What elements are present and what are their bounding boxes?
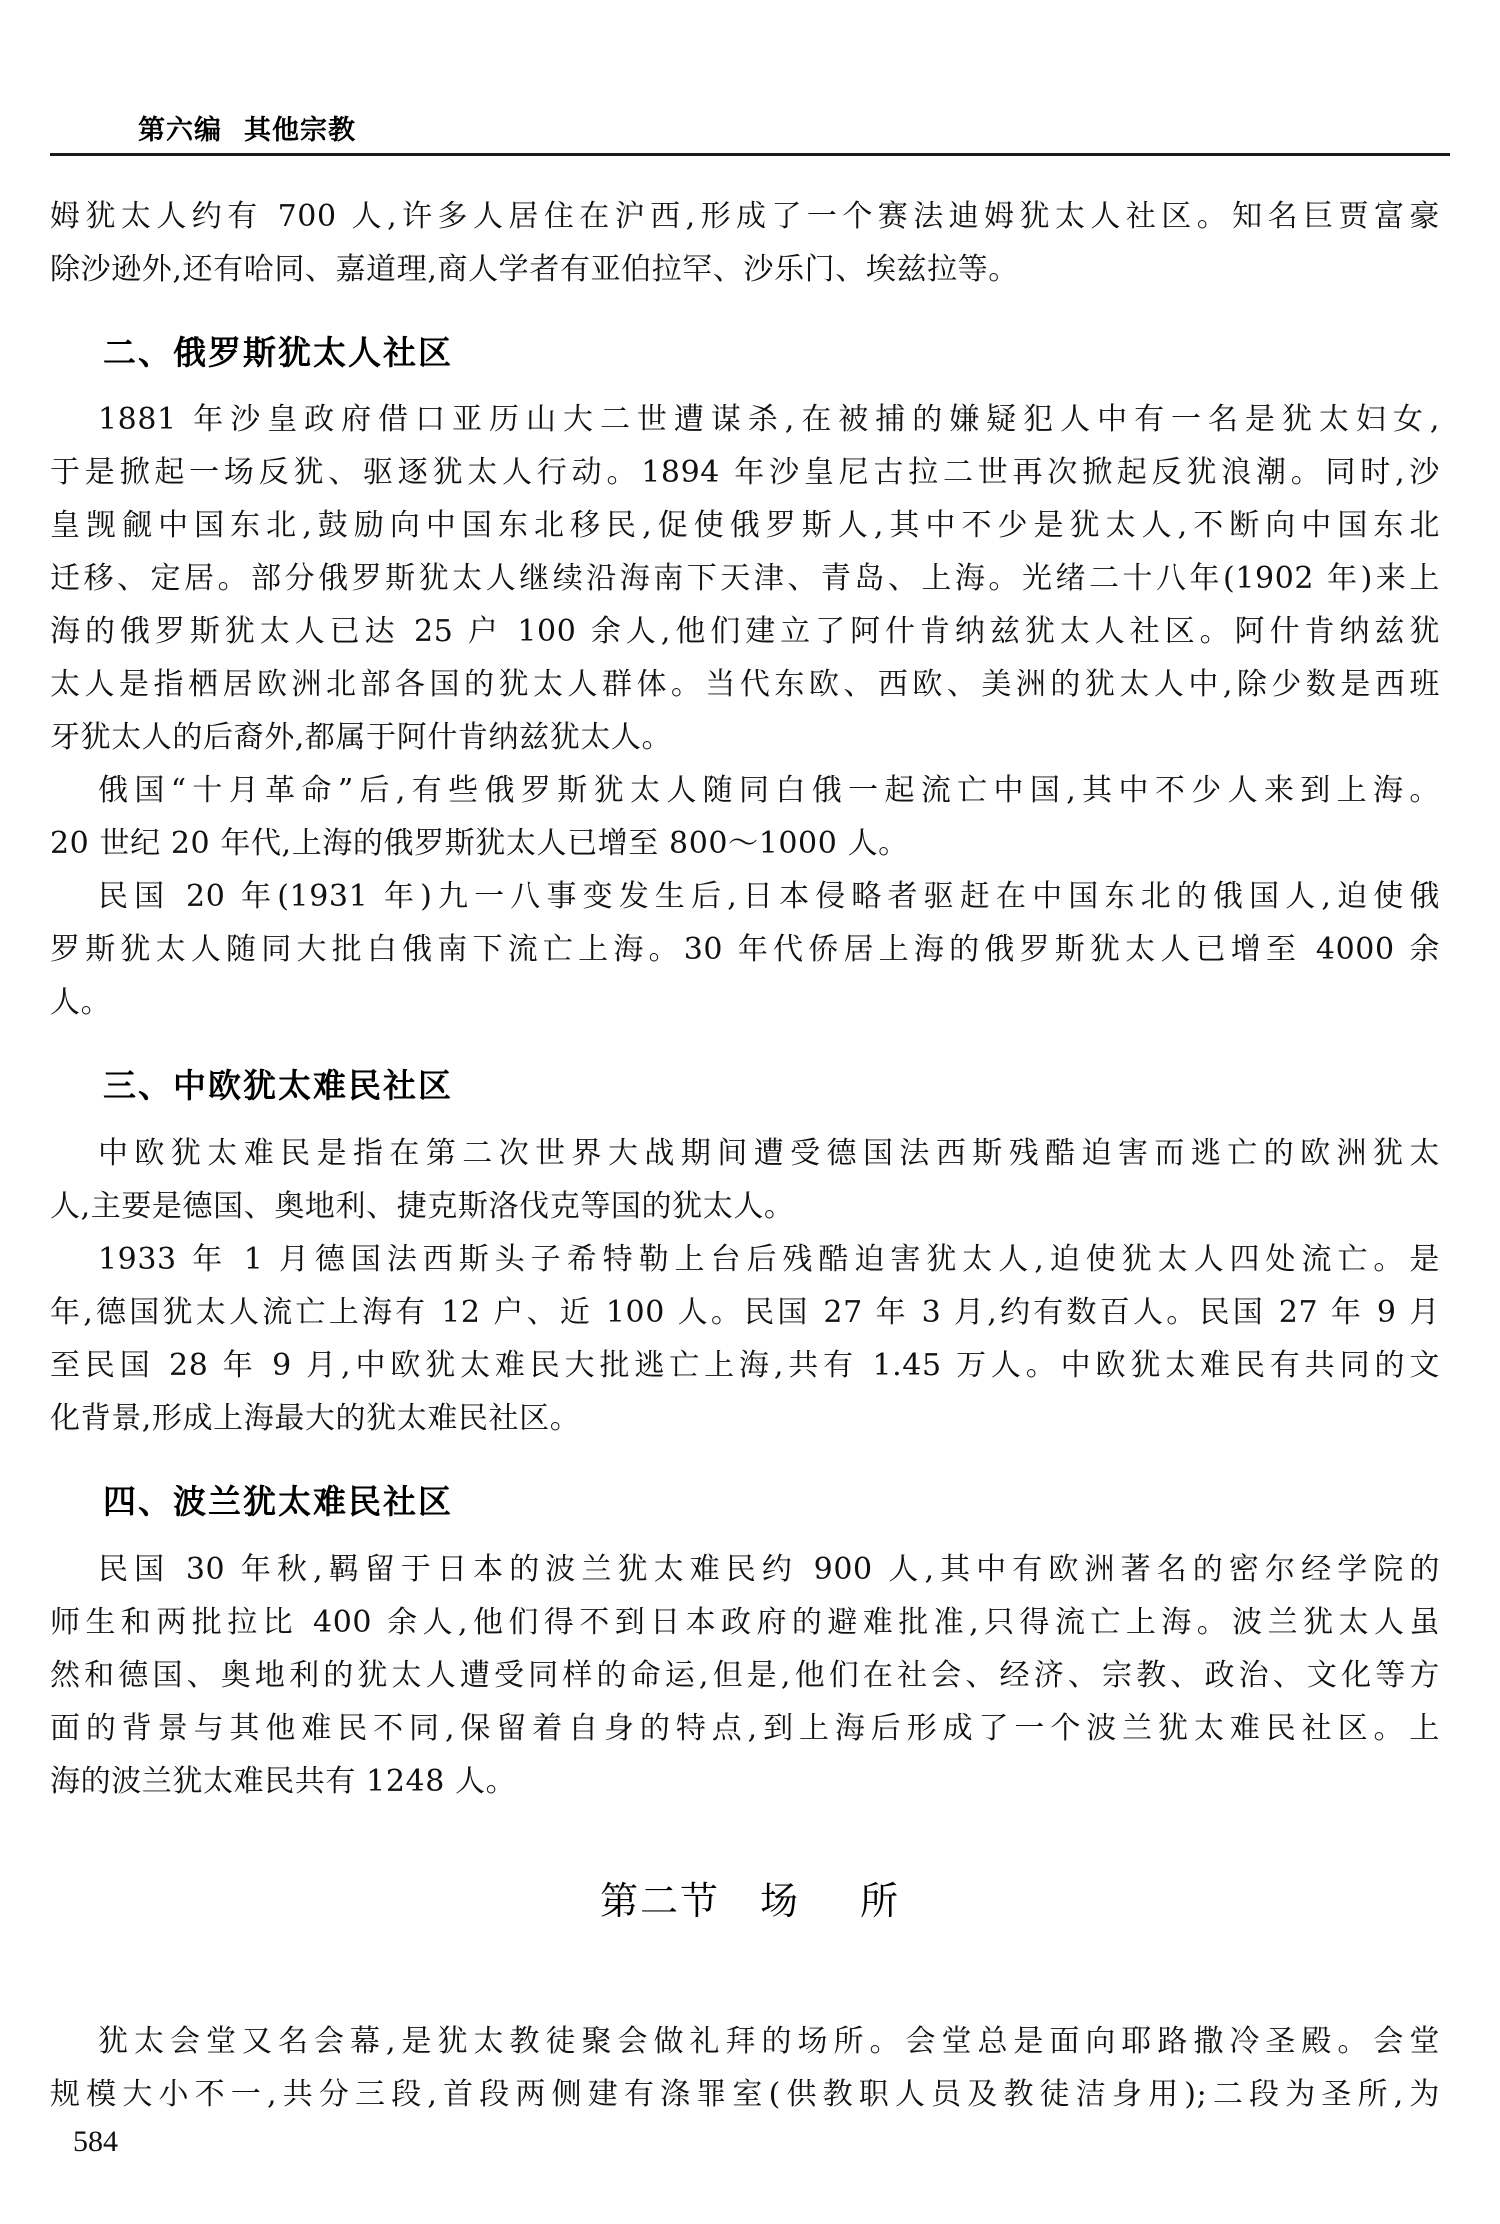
text-line: 规模大小不一,共分三段,首段两侧建有涤罪室(供教职人员及教徒洁身用);二段为圣所… [50, 2075, 1440, 2115]
text-line: 罗斯犹太人随同大批白俄南下流亡上海。30 年代侨居上海的俄罗斯犹太人已增至 40… [50, 930, 1440, 970]
text-line: 海的波兰犹太难民共有 1248 人。 [50, 1762, 1440, 1802]
text-line: 师生和两批拉比 400 余人,他们得不到日本政府的避难批准,只得流亡上海。波兰犹… [50, 1603, 1440, 1643]
text-line: 20 世纪 20 年代,上海的俄罗斯犹太人已增至 800～1000 人。 [50, 824, 1440, 864]
text-line: 年,德国犹太人流亡上海有 12 户、近 100 人。民国 27 年 3 月,约有… [50, 1293, 1440, 1333]
page-number: 584 [73, 2125, 118, 2159]
text-line: 太人是指栖居欧洲北部各国的犹太人群体。当代东欧、西欧、美洲的犹太人中,除少数是西… [50, 665, 1440, 705]
text-line: 至民国 28 年 9 月,中欧犹太难民大批逃亡上海,共有 1.45 万人。中欧犹… [50, 1346, 1440, 1386]
section-heading: 二、俄罗斯犹太人社区 [103, 327, 453, 374]
section-heading: 三、中欧犹太难民社区 [103, 1060, 453, 1107]
text-line: 人,主要是德国、奥地利、捷克斯洛伐克等国的犹太人。 [50, 1187, 1440, 1227]
text-line: 1933 年 1 月德国法西斯头子希特勒上台后残酷迫害犹太人,迫使犹太人四处流亡… [98, 1240, 1440, 1280]
text-line: 除沙逊外,还有哈同、嘉道理,商人学者有亚伯拉罕、沙乐门、埃兹拉等。 [50, 250, 1440, 290]
text-line: 迁移、定居。部分俄罗斯犹太人继续沿海南下天津、青岛、上海。光绪二十八年(1902… [50, 559, 1440, 599]
text-line: 人。 [50, 983, 1440, 1023]
text-line: 姆犹太人约有 700 人,许多人居住在沪西,形成了一个赛法迪姆犹太人社区。知名巨… [50, 197, 1440, 237]
header-rule [50, 153, 1450, 156]
text-line: 民国 20 年(1931 年)九一八事变发生后,日本侵略者驱赶在中国东北的俄国人… [98, 877, 1440, 917]
text-line: 牙犹太人的后裔外,都属于阿什肯纳兹犹太人。 [50, 718, 1440, 758]
section-heading: 四、波兰犹太难民社区 [103, 1476, 453, 1523]
chapter-section-heading: 第二节场所 [0, 1870, 1500, 1925]
part-title: 其他宗教 [244, 115, 356, 146]
section-title-char: 所 [860, 1870, 900, 1925]
text-line: 皇觊觎中国东北,鼓励向中国东北移民,促使俄罗斯人,其中不少是犹太人,不断向中国东… [50, 506, 1440, 546]
text-line: 面的背景与其他难民不同,保留着自身的特点,到上海后形成了一个波兰犹太难民社区。上 [50, 1709, 1440, 1749]
section-title-char: 场 [760, 1870, 800, 1925]
text-line: 犹太会堂又名会幕,是犹太教徒聚会做礼拜的场所。会堂总是面向耶路撒冷圣殿。会堂 [98, 2022, 1440, 2062]
text-line: 于是掀起一场反犹、驱逐犹太人行动。1894 年沙皇尼古拉二世再次掀起反犹浪潮。同… [50, 453, 1440, 493]
text-line: 然和德国、奥地利的犹太人遭受同样的命运,但是,他们在社会、经济、宗教、政治、文化… [50, 1656, 1440, 1696]
text-line: 1881 年沙皇政府借口亚历山大二世遭谋杀,在被捕的嫌疑犯人中有一名是犹太妇女, [98, 400, 1440, 440]
text-line: 化背景,形成上海最大的犹太难民社区。 [50, 1399, 1440, 1439]
text-line: 民国 30 年秋,羁留于日本的波兰犹太难民约 900 人,其中有欧洲著名的密尔经… [98, 1550, 1440, 1590]
text-line: 中欧犹太难民是指在第二次世界大战期间遭受德国法西斯残酷迫害而逃亡的欧洲犹太 [98, 1134, 1440, 1174]
text-line: 俄国“十月革命”后,有些俄罗斯犹太人随同白俄一起流亡中国,其中不少人来到上海。 [98, 771, 1440, 811]
text-line: 海的俄罗斯犹太人已达 25 户 100 余人,他们建立了阿什肯纳兹犹太人社区。阿… [50, 612, 1440, 652]
section-number: 第二节 [600, 1870, 720, 1925]
running-head: 第六编其他宗教 [138, 108, 356, 147]
part-label: 第六编 [138, 115, 222, 146]
